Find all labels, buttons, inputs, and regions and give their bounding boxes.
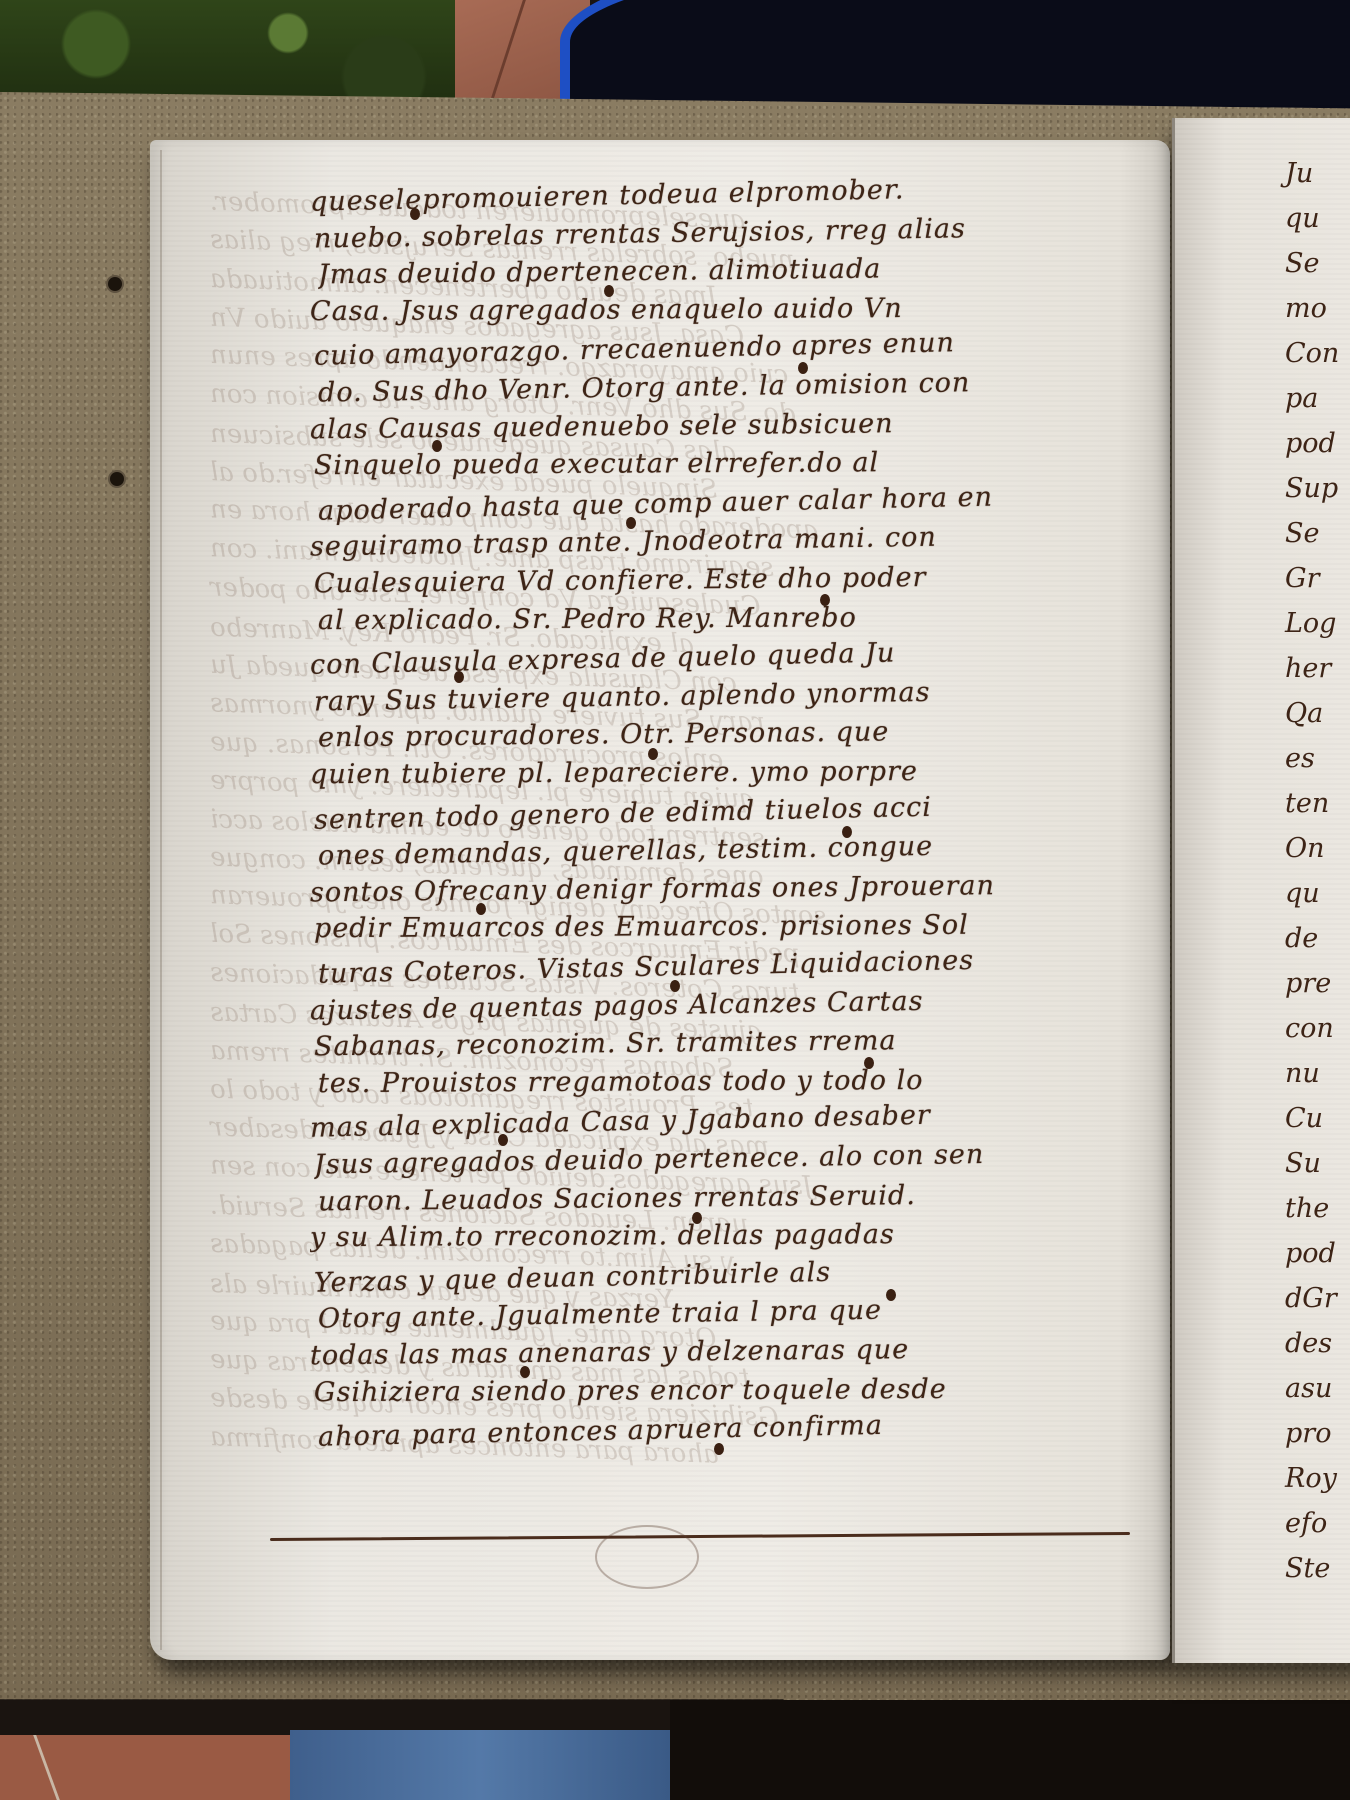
- manuscript-fragment: Con: [1285, 338, 1339, 369]
- manuscript-line: al explicado. Sr. Pedro Rey. Manrebo: [318, 600, 1148, 635]
- manuscript-fragment: Cu: [1285, 1103, 1323, 1134]
- manuscript-fragment: Su: [1285, 1148, 1321, 1179]
- manuscript-fragment: Gr: [1285, 563, 1319, 594]
- manuscript-fragment: Ju: [1285, 158, 1313, 189]
- manuscript-fragment: asu: [1285, 1373, 1332, 1404]
- board-hole: [110, 472, 124, 486]
- manuscript-fragment: Se: [1285, 248, 1319, 279]
- manuscript-fragment: ten: [1285, 788, 1329, 819]
- manuscript-fragment: es: [1285, 743, 1315, 774]
- shadow: [670, 1700, 1350, 1800]
- manuscript-line: Sinquelo pueda executar elrrefer.do al: [314, 446, 1144, 481]
- faded-seal-stamp: [595, 1525, 699, 1589]
- board-hole: [108, 277, 122, 291]
- manuscript-fragment: qu: [1285, 878, 1320, 909]
- manuscript-page-left: queselepromouieren todeua elpromober.nue…: [150, 140, 1170, 1660]
- manuscript-fragment: her: [1285, 653, 1331, 684]
- manuscript-fragment: Se: [1285, 518, 1319, 549]
- manuscript-fragment: pa: [1285, 383, 1318, 414]
- manuscript-fragment: mo: [1285, 293, 1327, 324]
- manuscript-line: y su Alim.to rreconozim. dellas pagadas: [310, 1218, 1140, 1253]
- manuscript-fragment: de: [1285, 923, 1318, 954]
- manuscript-line: quien tubiere pl. lepareciere. ymo porpr…: [310, 755, 1140, 790]
- manuscript-fragment: Ste: [1285, 1553, 1330, 1584]
- manuscript-fragment: pod: [1285, 1238, 1336, 1269]
- manuscript-line: Casa. Jsus agregados enaquelo auido Vn: [310, 292, 1140, 327]
- manuscript-fragment: dGr: [1285, 1283, 1337, 1314]
- manuscript-fragment: Roy: [1285, 1463, 1337, 1494]
- manuscript-fragment: efo: [1285, 1508, 1327, 1539]
- manuscript-line: pedir Emuarcos des Emuarcos. prisiones S…: [314, 909, 1144, 944]
- closing-rule-line: [270, 1532, 1130, 1541]
- manuscript-fragment: the: [1285, 1193, 1329, 1224]
- manuscript-fragment: qu: [1285, 203, 1320, 234]
- manuscript-fragment: con: [1285, 1013, 1334, 1044]
- manuscript-fragment: nu: [1285, 1058, 1320, 1089]
- manuscript-fragment: Sup: [1285, 473, 1338, 504]
- floor-tile: [0, 1735, 290, 1800]
- manuscript-fragment: On: [1285, 833, 1325, 864]
- manuscript-line: Gsihiziera siendo pres encor toquele des…: [314, 1372, 1144, 1407]
- manuscript-fragment: Qa: [1285, 698, 1323, 729]
- manuscript-fragment: pro: [1285, 1418, 1331, 1449]
- manuscript-page-right: JuquSemoConpapodSupSeGrLogherQaestenOnqu…: [1172, 118, 1350, 1663]
- manuscript-line: tes. Prouistos rregamotoas todo y todo l…: [318, 1064, 1148, 1099]
- manuscript-fragment: Log: [1285, 608, 1336, 639]
- jeans: [290, 1730, 670, 1800]
- manuscript-fragment: pod: [1285, 428, 1336, 459]
- ink-blot: [410, 208, 420, 220]
- manuscript-fragment: pre: [1285, 968, 1331, 999]
- ink-blot: [714, 1443, 724, 1455]
- manuscript-fragment: des: [1285, 1328, 1332, 1359]
